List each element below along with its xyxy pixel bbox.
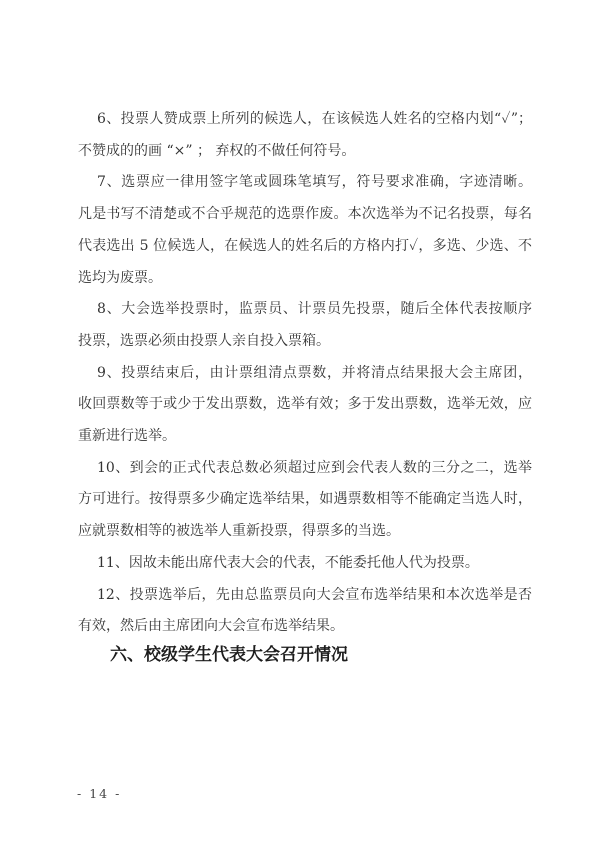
- text-line: 12、投票选举后，先由总监票员向大会宣布选举结果和本次选举是否: [78, 580, 532, 612]
- text-line: 投票，选票必须由投票人亲自投入票箱。: [78, 326, 532, 358]
- text-line: 应就票数相等的被选举人重新投票，得票多的当选。: [78, 516, 532, 548]
- text-line: 7、选票应一律用签字笔或圆珠笔填写，符号要求准确，字迹清晰。: [78, 167, 532, 199]
- text-line: 不赞成的的画 “×” ； 弃权的不做任何符号。: [78, 136, 532, 168]
- text-line: 8、大会选举投票时，监票员、计票员先投票，随后全体代表按顺序: [78, 294, 532, 326]
- text-line: 方可进行。按得票多少确定选举结果，如遇票数相等不能确定当选人时，: [78, 484, 532, 516]
- text-line: 9、投票结束后，由计票组清点票数，并将清点结果报大会主席团，: [78, 358, 532, 390]
- document-content: 6、投票人赞成票上所列的候选人，在该候选人姓名的空格内划“✓”；不赞成的的画 “…: [78, 104, 532, 672]
- document-page: 6、投票人赞成票上所列的候选人，在该候选人姓名的空格内划“✓”；不赞成的的画 “…: [0, 0, 600, 848]
- text-line: 重新进行选举。: [78, 421, 532, 453]
- text-line: 选均为废票。: [78, 263, 532, 295]
- text-line: 6、投票人赞成票上所列的候选人，在该候选人姓名的空格内划“✓”；: [78, 104, 532, 136]
- page-number: - 14 -: [77, 786, 121, 801]
- text-line: 凡是书写不清楚或不合乎规范的选票作废。本次选举为不记名投票，每名: [78, 199, 532, 231]
- text-line: 收回票数等于或少于发出票数，选举有效；多于发出票数，选举无效，应: [78, 389, 532, 421]
- text-line: 10、到会的正式代表总数必须超过应到会代表人数的三分之二，选举: [78, 453, 532, 485]
- text-line: 11、因故未能出席代表大会的代表，不能委托他人代为投票。: [78, 548, 532, 580]
- text-line: 代表选出 5 位候选人，在候选人的姓名后的方格内打✓，多选、少选、不: [78, 231, 532, 263]
- text-line: 有效，然后由主席团向大会宣布选举结果。: [78, 611, 532, 643]
- section-heading: 六、校级学生代表大会召开情况: [78, 640, 532, 672]
- document-body: 6、投票人赞成票上所列的候选人，在该候选人姓名的空格内划“✓”；不赞成的的画 “…: [78, 104, 532, 643]
